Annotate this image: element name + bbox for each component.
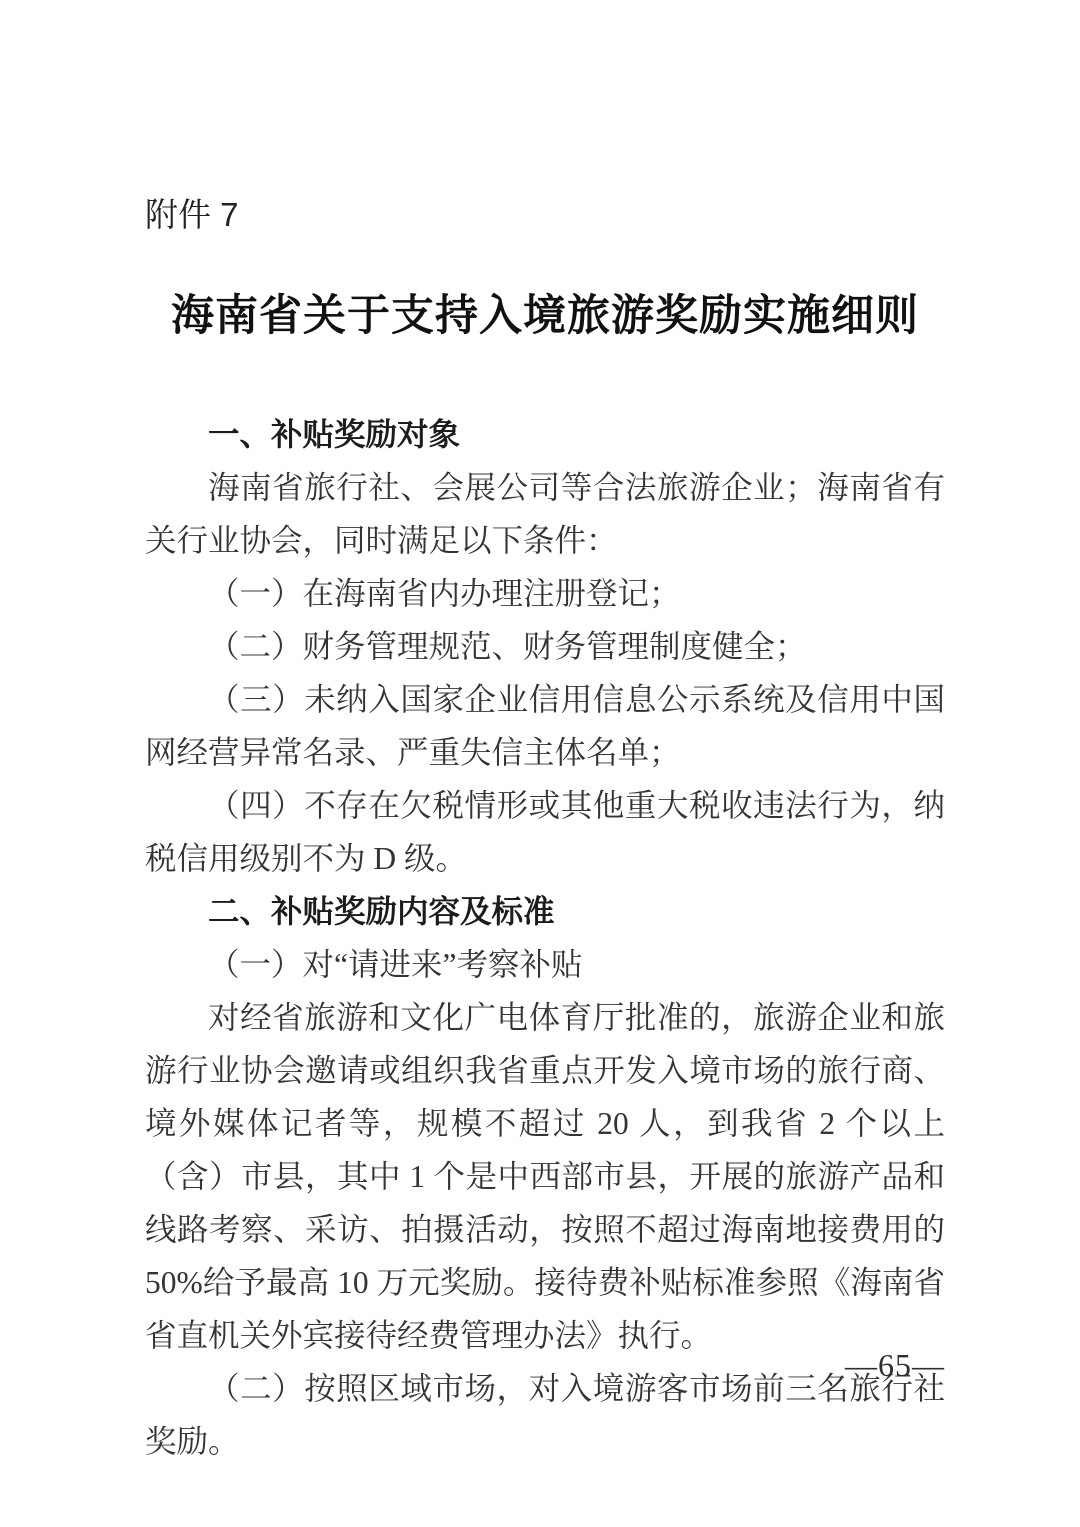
document-body: 一、补贴奖励对象海南省旅行社、会展公司等合法旅游企业；海南省有关行业协会，同时满… <box>145 408 945 1468</box>
paragraph: （二）按照区域市场，对入境游客市场前三名旅行社奖励。 <box>145 1362 945 1468</box>
paragraph: 海南省旅行社、会展公司等合法旅游企业；海南省有关行业协会，同时满足以下条件： <box>145 461 945 567</box>
paragraph: （四）不存在欠税情形或其他重大税收违法行为，纳税信用级别不为 D 级。 <box>145 779 945 885</box>
paragraph: （一）对“请进来”考察补贴 <box>145 938 945 991</box>
section-heading: 二、补贴奖励内容及标准 <box>145 885 945 938</box>
paragraph: 对经省旅游和文化广电体育厅批准的，旅游企业和旅游行业协会邀请或组织我省重点开发入… <box>145 991 945 1362</box>
document-content: 附件 7 海南省关于支持入境旅游奖励实施细则 一、补贴奖励对象海南省旅行社、会展… <box>145 0 945 1468</box>
section-heading: 一、补贴奖励对象 <box>145 408 945 461</box>
paragraph: （二）财务管理规范、财务管理制度健全； <box>145 620 945 673</box>
attachment-label: 附件 7 <box>145 194 945 236</box>
document-page: 附件 7 海南省关于支持入境旅游奖励实施细则 一、补贴奖励对象海南省旅行社、会展… <box>0 0 1080 1527</box>
paragraph: （一）在海南省内办理注册登记； <box>145 567 945 620</box>
paragraph: （三）未纳入国家企业信用信息公示系统及信用中国网经营异常名录、严重失信主体名单； <box>145 673 945 779</box>
document-title: 海南省关于支持入境旅游奖励实施细则 <box>145 288 945 346</box>
page-number: —65— <box>845 1344 945 1386</box>
